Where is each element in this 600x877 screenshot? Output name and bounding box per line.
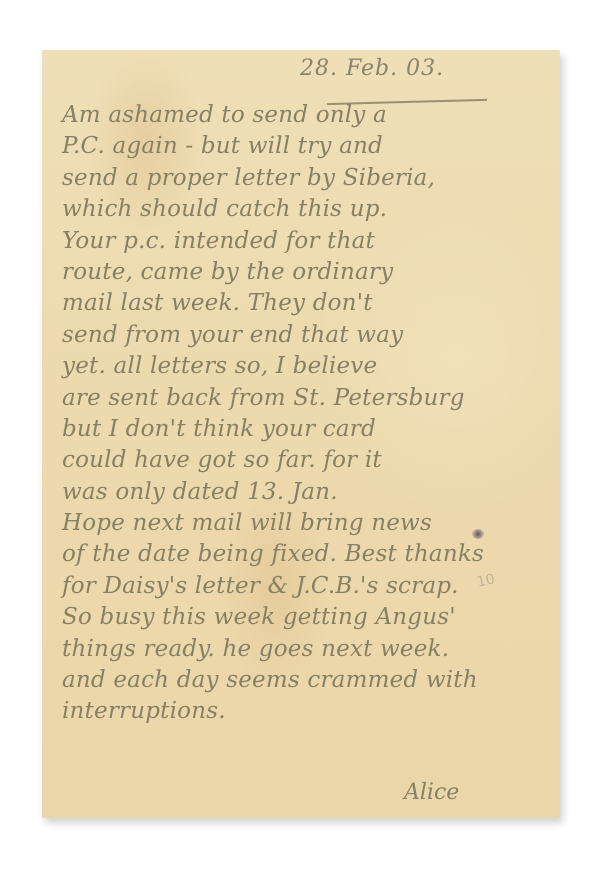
letter-line: was only dated 13. Jan. bbox=[62, 477, 552, 508]
letter-line: of the date being fixed. Best thanks bbox=[62, 539, 552, 570]
letter-line: interruptions. bbox=[62, 696, 552, 727]
letter-line: and each day seems crammed with bbox=[62, 665, 552, 696]
letter-line: So busy this week getting Angus' bbox=[62, 602, 552, 633]
letter-line: but I don't think your card bbox=[62, 414, 552, 445]
postcard: 28. Feb. 03. Am ashamed to send only a P… bbox=[42, 50, 560, 818]
letter-line: could have got so far. for it bbox=[62, 445, 552, 476]
letter-line: things ready. he goes next week. bbox=[62, 634, 552, 665]
letter-line: Am ashamed to send only a bbox=[62, 100, 552, 131]
signature: Alice bbox=[404, 780, 459, 805]
letter-line: mail last week. They don't bbox=[62, 288, 552, 319]
letter-date: 28. Feb. 03. bbox=[300, 56, 444, 81]
letter-line: yet. all letters so, I believe bbox=[62, 351, 552, 382]
letter-body: Am ashamed to send only a P.C. again - b… bbox=[62, 100, 552, 728]
letter-line: P.C. again - but will try and bbox=[62, 131, 552, 162]
letter-line: send a proper letter by Siberia, bbox=[62, 163, 552, 194]
letter-line: which should catch this up. bbox=[62, 194, 552, 225]
ink-blot bbox=[472, 529, 484, 539]
letter-line: route, came by the ordinary bbox=[62, 257, 552, 288]
letter-line: Your p.c. intended for that bbox=[62, 226, 552, 257]
letter-line: send from your end that way bbox=[62, 320, 552, 351]
letter-line: are sent back from St. Petersburg bbox=[62, 383, 552, 414]
